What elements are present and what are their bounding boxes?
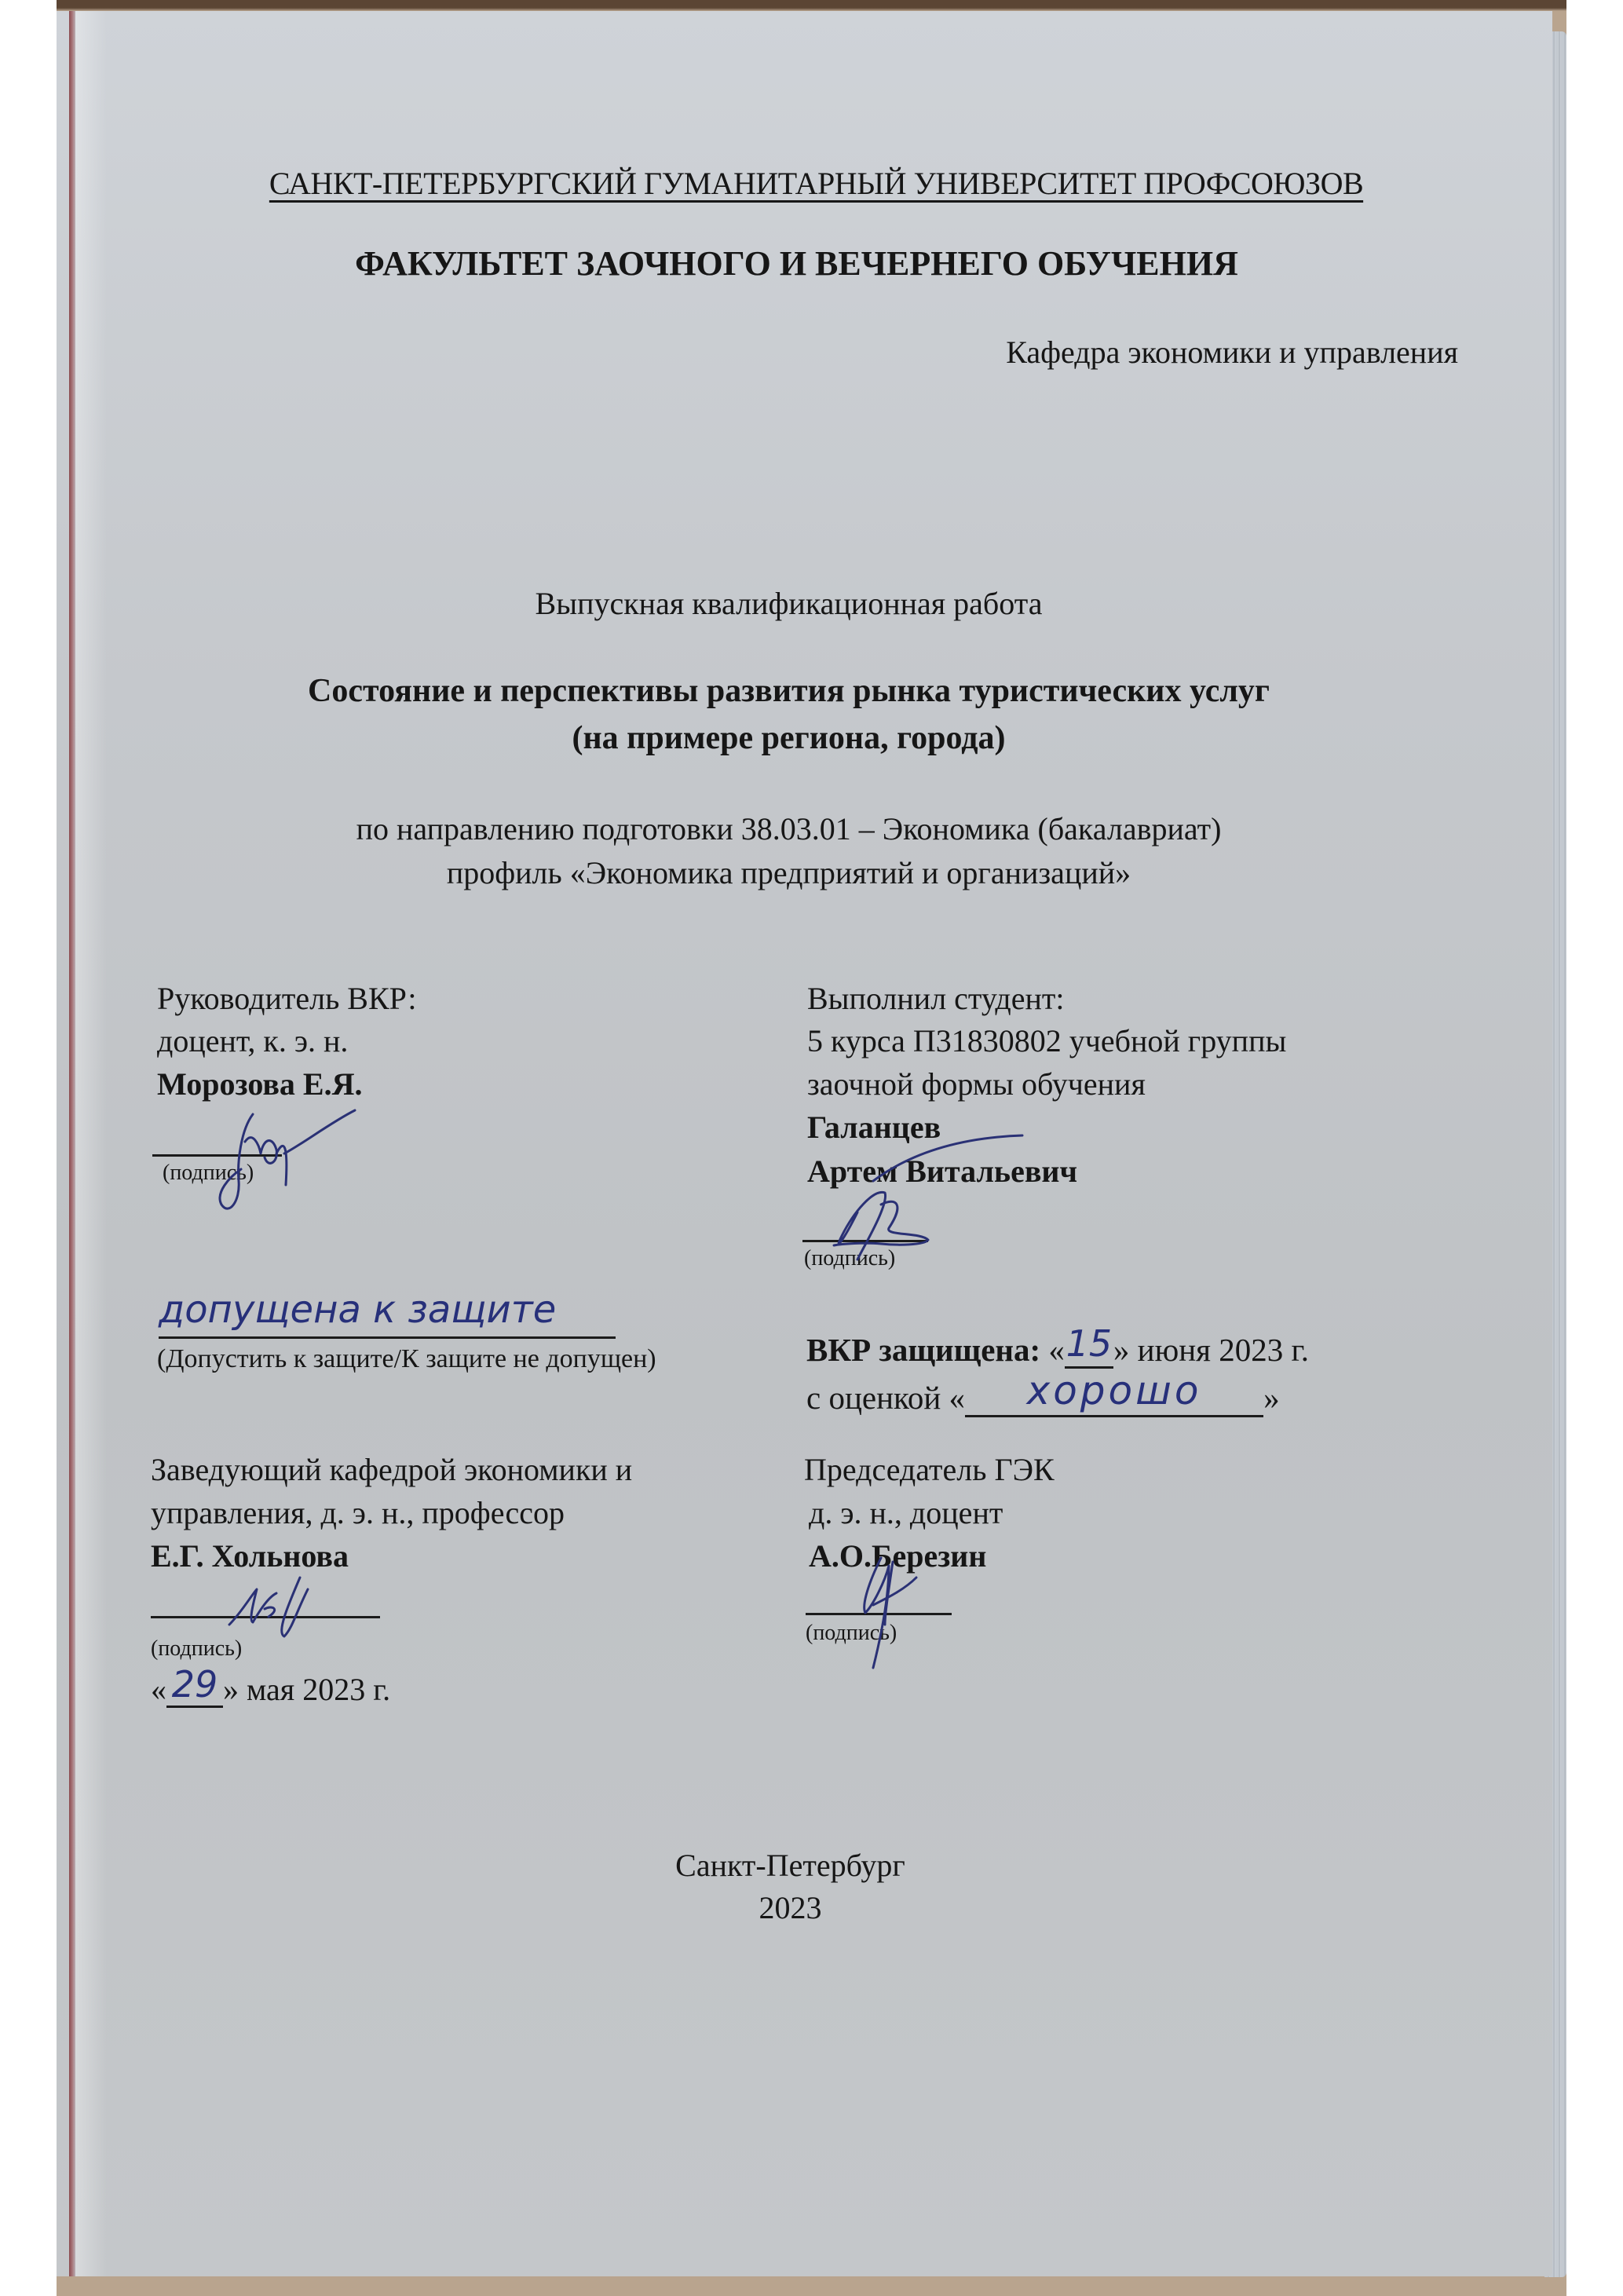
head-role-line2: управления, д. э. н., профессор <box>151 1497 565 1529</box>
work-title-line2: (на примере региона, города) <box>57 722 1552 755</box>
head-role-line1: Заведующий кафедрой экономики и <box>151 1454 632 1486</box>
defense-prefix: ВКР защищена: <box>806 1332 1040 1368</box>
defense-open-quote: « <box>1048 1332 1065 1368</box>
supervisor-role: Руководитель ВКР: <box>157 983 417 1015</box>
direction-line1: по направлению подготовки 38.03.01 – Эко… <box>57 813 1552 845</box>
gek-role: Председатель ГЭК <box>804 1454 1055 1486</box>
admission-label: (Допустить к защите/К защите не допущен) <box>157 1346 656 1373</box>
student-form: заочной формы обучения <box>807 1069 1146 1100</box>
document-body: САНКТ-ПЕТЕРБУРГСКИЙ ГУМАНИТАРНЫЙ УНИВЕРС… <box>57 11 1552 2276</box>
head-date-day: 29 <box>172 1663 218 1706</box>
admission-handwritten: допущена к защите <box>159 1291 556 1329</box>
title-page: САНКТ-ПЕТЕРБУРГСКИЙ ГУМАНИТАРНЫЙ УНИВЕРС… <box>57 11 1552 2276</box>
university-name: САНКТ-ПЕТЕРБУРГСКИЙ ГУМАНИТАРНЫЙ УНИВЕРС… <box>57 168 1552 199</box>
gek-degree: д. э. н., доцент <box>809 1497 1003 1529</box>
head-date-rest: » мая 2023 г. <box>223 1672 390 1707</box>
student-signature <box>810 1126 1046 1260</box>
head-name: Е.Г. Хольнова <box>151 1541 349 1572</box>
department-name: Кафедра экономики и управления <box>1006 337 1458 368</box>
city: Санкт-Петербург <box>57 1850 1552 1881</box>
defense-day: 15 <box>1066 1322 1113 1365</box>
student-course: 5 курса П31830802 учебной группы <box>807 1026 1286 1057</box>
year: 2023 <box>57 1892 1552 1924</box>
faculty-name: ФАКУЛЬТЕТ ЗАОЧНОГО И ВЕЧЕРНЕГО ОБУЧЕНИЯ <box>57 247 1552 281</box>
grade-suffix: » <box>1263 1380 1280 1416</box>
supervisor-name: Морозова Е.Я. <box>157 1069 362 1100</box>
head-signature <box>221 1574 331 1644</box>
work-type: Выпускная квалификационная работа <box>57 588 1552 620</box>
gek-signature <box>850 1550 936 1676</box>
head-date: «29» мая 2023 г. <box>151 1669 390 1708</box>
defense-grade-line: с оценкой «хорошо» <box>806 1376 1280 1417</box>
defense-grade: хорошо <box>1027 1368 1202 1413</box>
supervisor-degree: доцент, к. э. н. <box>157 1026 348 1057</box>
supervisor-signature <box>198 1106 402 1216</box>
direction-line2: профиль «Экономика предприятий и организ… <box>57 857 1552 889</box>
admission-line <box>159 1336 616 1339</box>
defense-month-year: » июня 2023 г. <box>1113 1332 1309 1368</box>
student-role: Выполнил студент: <box>807 983 1064 1015</box>
work-title-line1: Состояние и перспективы развития рынка т… <box>57 675 1552 707</box>
document-photo: САНКТ-ПЕТЕРБУРГСКИЙ ГУМАНИТАРНЫЙ УНИВЕРС… <box>57 0 1566 2296</box>
defense-date-line: ВКР защищена: «15» июня 2023 г. <box>806 1330 1309 1369</box>
head-date-open: « <box>151 1672 166 1707</box>
grade-prefix: с оценкой « <box>806 1380 965 1416</box>
